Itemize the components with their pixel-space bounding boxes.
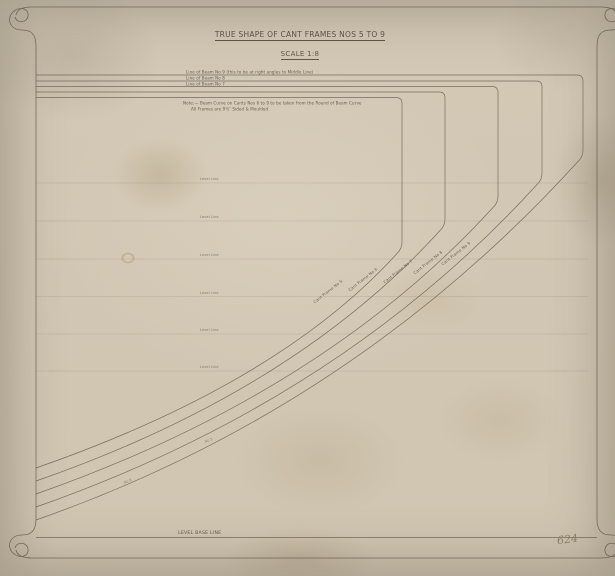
level-line-label-5: Level Line bbox=[200, 328, 219, 332]
beam-line-label-1: Line of Beam No 9 (this to be at right a… bbox=[186, 70, 313, 75]
level-line-label-3: Level Line bbox=[200, 253, 219, 257]
beam-line-label-2: Line of Beam No 8 bbox=[186, 76, 225, 81]
cant-frame-9-line bbox=[36, 75, 583, 520]
corner-flourish-top-right bbox=[591, 7, 615, 46]
level-base-line-label: Level Base Line bbox=[178, 530, 221, 536]
cant-frame-6-line bbox=[36, 92, 445, 481]
corner-flourish-top-left bbox=[10, 7, 42, 46]
drawing-linework bbox=[0, 0, 615, 576]
level-line-label-4: Level Line bbox=[200, 291, 219, 295]
drawing-title: True Shape of Cant Frames Nos 5 to 9 bbox=[215, 30, 385, 41]
drawing-sheet: True Shape of Cant Frames Nos 5 to 9 Sca… bbox=[0, 0, 615, 576]
drawing-scale: Scale 1:8 bbox=[281, 50, 320, 60]
cant-frame-7-line bbox=[36, 87, 498, 495]
level-line-label-1: Level Line bbox=[200, 177, 219, 181]
pencil-number: 624 bbox=[556, 532, 578, 547]
note-line-2: All Frames are 9½″ Sided & Moulded bbox=[191, 107, 268, 112]
corner-flourish-bottom-right bbox=[591, 519, 615, 558]
cant-frame-5-line bbox=[36, 98, 402, 469]
beam-line-label-3: Line of Beam No 7 bbox=[186, 82, 225, 87]
note-line-1: Note:— Beam Curve on Cants Nos 6 to 9 to… bbox=[183, 101, 362, 106]
cant-frame-8-line bbox=[36, 81, 542, 507]
level-line-label-6: Level Line bbox=[200, 365, 219, 369]
corner-flourish-bottom-left bbox=[10, 519, 42, 558]
title-block: True Shape of Cant Frames Nos 5 to 9 Sca… bbox=[150, 22, 450, 60]
level-line-label-2: Level Line bbox=[200, 215, 219, 219]
